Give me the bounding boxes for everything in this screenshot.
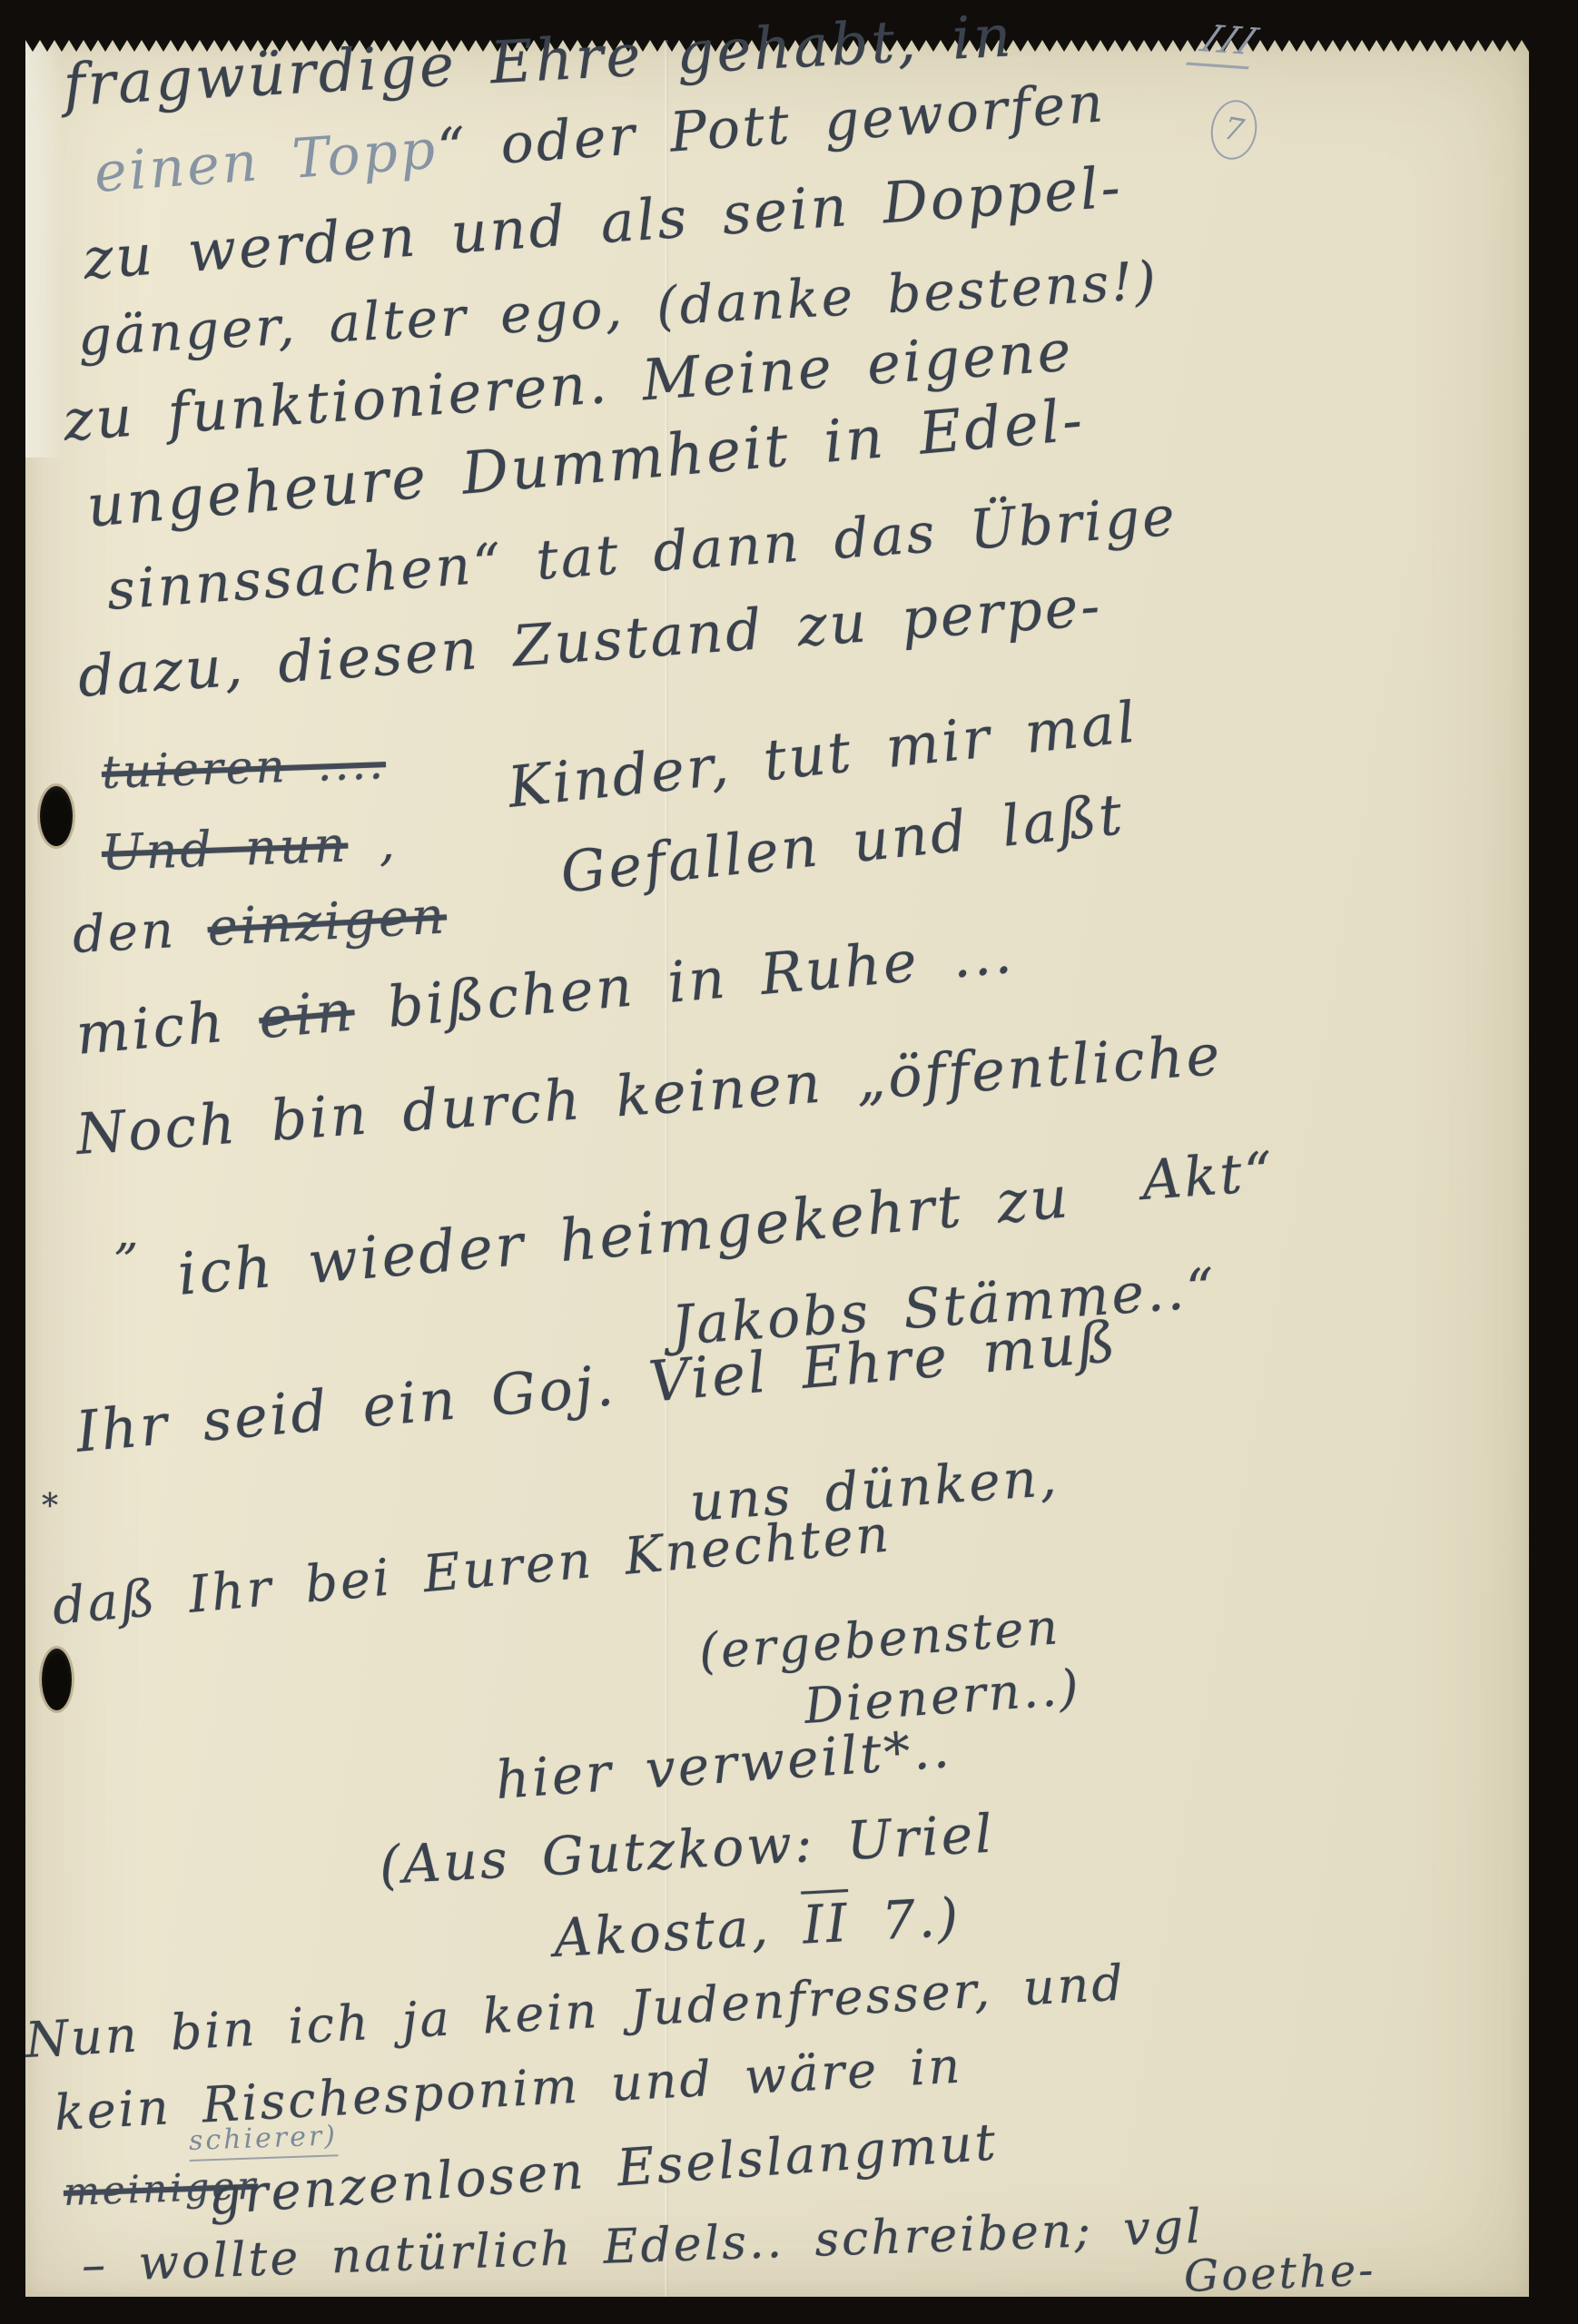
handwriting-segment: schierer) <box>188 2120 338 2162</box>
handwriting-segment: „ <box>114 1206 142 1260</box>
handwriting-segment: mich <box>74 986 262 1068</box>
handwriting-line: Und nun , <box>101 816 399 881</box>
handwriting-segment: bißchen in Ruhe ... <box>351 920 1017 1043</box>
handwriting-segment: 7.) <box>848 1886 962 1954</box>
handwriting-segment: Akt“ <box>1140 1140 1277 1213</box>
handwriting-line: Akosta, II 7.) <box>552 1889 962 1968</box>
handwriting-segment: tuieren .... <box>101 736 387 799</box>
handwriting-segment: Und nun <box>101 816 349 881</box>
handwriting-line: tuieren .... <box>101 738 387 798</box>
handwriting-segment: den <box>71 899 209 965</box>
handwriting-segment: ein <box>256 977 357 1051</box>
handwriting-segment: einen Topp <box>93 118 440 205</box>
handwriting-line: * <box>42 1489 61 1525</box>
handwriting-segment: * <box>42 1488 61 1525</box>
handwriting-line: „ <box>114 1207 142 1259</box>
handwriting-line: (Aus Gutzkow: Uriel <box>378 1806 996 1896</box>
handwriting-line: schierer) <box>188 2121 338 2156</box>
handwriting-line: den einzigen <box>71 888 448 963</box>
handwriting-segment: Ihr seid ein Goj. Viel Ehre muß <box>74 1308 1120 1465</box>
manuscript-lines: fragwürdige Ehre gehabt, ineinen Topp“ o… <box>0 0 1578 2324</box>
handwriting-line: hier verweilt*.. <box>494 1720 954 1810</box>
handwriting-segment: hier verweilt*.. <box>494 1718 954 1811</box>
handwriting-segment: (Aus Gutzkow: Uriel <box>378 1803 996 1896</box>
handwriting-line: Ihr seid ein Goj. Viel Ehre muß <box>74 1311 1120 1463</box>
handwriting-line: Goethe- <box>1183 2247 1376 2301</box>
handwriting-segment: Goethe- <box>1183 2245 1376 2302</box>
handwriting-segment: daß Ihr bei Euren Knechten <box>50 1504 893 1637</box>
handwriting-segment: Akosta, <box>552 1895 804 1969</box>
handwriting-segment: II <box>801 1892 851 1956</box>
handwriting-segment: , <box>347 814 399 873</box>
handwriting-line: daß Ihr bei Euren Knechten <box>50 1506 893 1635</box>
handwriting-segment: einzigen <box>206 886 449 958</box>
handwriting-line: Akt“ <box>1140 1142 1277 1211</box>
page-number-circled-value: 7 <box>1221 110 1247 149</box>
